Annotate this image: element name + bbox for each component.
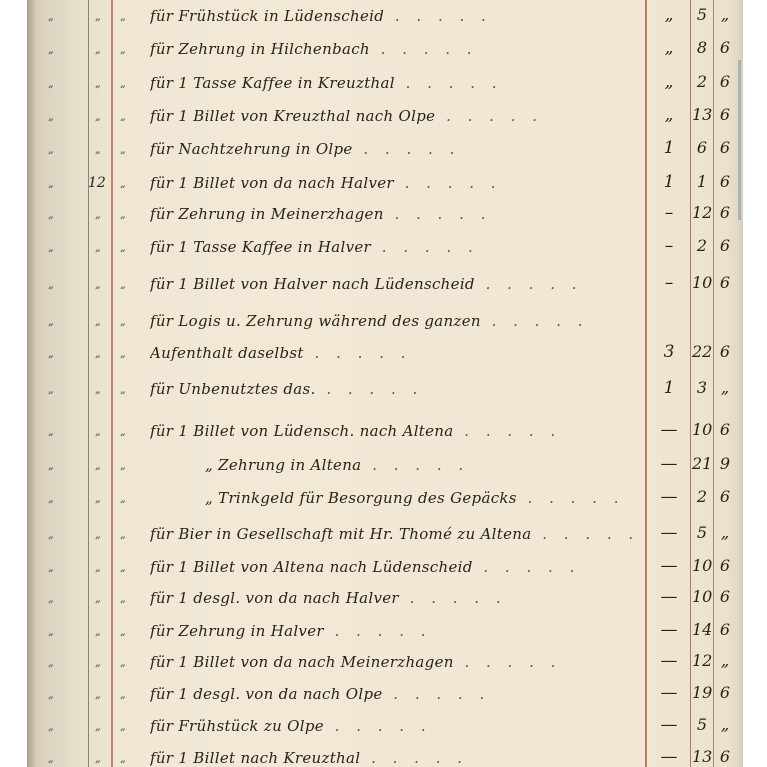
pfennig-amount: 6 (714, 105, 736, 124)
ditto-mark: „ (48, 208, 54, 221)
ditto-mark: „ (120, 528, 126, 541)
ditto-mark: „ (48, 492, 54, 505)
silbergroschen-amount: 13 (692, 747, 712, 766)
ditto-mark: „ (95, 459, 101, 472)
silbergroschen-amount: 8 (692, 38, 712, 57)
ditto-mark: „ (48, 143, 54, 156)
ditto-mark: „ (120, 143, 126, 156)
silbergroschen-amount: 5 (692, 523, 712, 542)
pfennig-amount: 6 (714, 747, 736, 766)
silbergroschen-amount: 2 (692, 72, 712, 91)
silbergroschen-amount: 21 (692, 454, 712, 473)
silbergroschen-amount: 1 (692, 172, 712, 191)
ledger-row: „„„für 1 Tasse Kaffee in Kreuzthal . . .… (0, 69, 767, 99)
ledger-row: „„„für Nachtzehrung in Olpe . . . . .166 (0, 135, 767, 165)
silbergroschen-amount: 3 (692, 378, 712, 397)
thaler-amount: — (652, 747, 686, 767)
ditto-mark: „ (48, 315, 54, 328)
pfennig-amount: 6 (714, 487, 736, 506)
ditto-mark: „ (120, 43, 126, 56)
entry-description: für 1 Billet nach Kreuzthal . . . . . (150, 749, 640, 767)
ditto-mark: „ (48, 688, 54, 701)
ditto-mark: „ (95, 10, 101, 23)
entry-description: „ Trinkgeld für Besorgung des Gepäcks . … (205, 489, 695, 507)
thaler-amount: — (652, 620, 686, 640)
ditto-mark: „ (48, 383, 54, 396)
pfennig-amount: 9 (714, 454, 736, 473)
silbergroschen-amount: 10 (692, 587, 712, 606)
ditto-mark: „ (95, 625, 101, 638)
entry-description: für Bier in Gesellschaft mit Hr. Thomé z… (150, 525, 640, 543)
ditto-mark: „ (95, 43, 101, 56)
entry-description: für Frühstück zu Olpe . . . . . (150, 717, 640, 735)
thaler-amount: 1 (652, 172, 686, 192)
silbergroschen-amount: 2 (692, 487, 712, 506)
entry-description: für Unbenutztes das. . . . . . (150, 380, 640, 398)
silbergroschen-amount: 5 (692, 715, 712, 734)
ditto-mark: „ (48, 656, 54, 669)
ditto-mark: „ (95, 278, 101, 291)
ditto-mark: „ (120, 315, 126, 328)
silbergroschen-amount: 2 (692, 236, 712, 255)
ditto-mark: „ (120, 561, 126, 574)
ditto-mark: „ (48, 592, 54, 605)
ditto-mark: „ (120, 241, 126, 254)
ledger-row: „„„für Unbenutztes das. . . . . .13„ (0, 375, 767, 405)
ditto-mark: „ (120, 278, 126, 291)
ditto-mark: „ (95, 492, 101, 505)
ditto-mark: „ (48, 561, 54, 574)
ditto-mark: „ (95, 241, 101, 254)
ditto-mark: „ (95, 143, 101, 156)
ledger-row: „„„für 1 Billet von Lüdensch. nach Alten… (0, 417, 767, 447)
pfennig-amount: 6 (714, 556, 736, 575)
silbergroschen-amount: 10 (692, 556, 712, 575)
thaler-amount: — (652, 454, 686, 474)
pfennig-amount: 6 (714, 420, 736, 439)
silbergroschen-amount: 19 (692, 683, 712, 702)
ditto-mark: „ (48, 752, 54, 765)
thaler-amount: — (652, 651, 686, 671)
ditto-mark: „ (120, 592, 126, 605)
ditto-mark: „ (48, 528, 54, 541)
ditto-mark: „ (120, 492, 126, 505)
thaler-amount: 1 (652, 378, 686, 398)
pfennig-amount: 6 (714, 203, 736, 222)
pfennig-amount: 6 (714, 273, 736, 292)
ditto-mark: „ (48, 347, 54, 360)
ledger-row: „„„für 1 Billet von Halver nach Lüdensch… (0, 270, 767, 300)
ditto-mark: „ (95, 561, 101, 574)
ditto-mark: „ (95, 592, 101, 605)
entry-description: für 1 Tasse Kaffee in Halver . . . . . (150, 238, 640, 256)
ditto-mark: „ (120, 459, 126, 472)
ditto-mark: „ (120, 383, 126, 396)
pfennig-amount: 6 (714, 138, 736, 157)
pfennig-amount: „ (714, 715, 736, 734)
pfennig-amount: 6 (714, 683, 736, 702)
ledger-row: „„„für 1 Tasse Kaffee in Halver . . . . … (0, 233, 767, 263)
thaler-amount: 1 (652, 138, 686, 158)
ditto-mark: „ (120, 347, 126, 360)
ditto-mark: „ (95, 315, 101, 328)
ditto-mark: „ (95, 656, 101, 669)
entry-description: für Zehrung in Meinerzhagen . . . . . (150, 205, 640, 223)
thaler-amount: – (652, 236, 686, 256)
ditto-mark: „ (120, 752, 126, 765)
ditto-mark: „ (120, 720, 126, 733)
entry-description: für Zehrung in Hilchenbach . . . . . (150, 40, 640, 58)
ledger-row: „„„für 1 Billet nach Kreuzthal . . . . .… (0, 744, 767, 767)
ditto-mark: „ (48, 10, 54, 23)
ditto-mark: „ (120, 10, 126, 23)
ditto-mark: „ (120, 656, 126, 669)
ditto-mark: „ (120, 208, 126, 221)
ledger-row: „„„für 1 Billet von da nach Meinerzhagen… (0, 648, 767, 678)
entry-description: „ Zehrung in Altena . . . . . (205, 456, 695, 474)
silbergroschen-amount: 13 (692, 105, 712, 124)
ledger-row: „„„„ Zehrung in Altena . . . . .—219 (0, 451, 767, 481)
pfennig-amount: 6 (714, 587, 736, 606)
thaler-amount: „ (652, 38, 686, 58)
thaler-amount: — (652, 556, 686, 576)
silbergroschen-amount: 14 (692, 620, 712, 639)
silbergroschen-amount: 12 (692, 203, 712, 222)
ditto-mark: „ (48, 77, 54, 90)
ledger-row: „„„für Bier in Gesellschaft mit Hr. Thom… (0, 520, 767, 550)
ditto-mark: „ (48, 241, 54, 254)
entry-description: für 1 Tasse Kaffee in Kreuzthal . . . . … (150, 74, 640, 92)
ditto-mark: „ (120, 425, 126, 438)
entry-description: für 1 Billet von da nach Meinerzhagen . … (150, 653, 640, 671)
pfennig-amount: 6 (714, 72, 736, 91)
thaler-amount: — (652, 523, 686, 543)
ledger-row: „„„für Frühstück zu Olpe . . . . .—5„ (0, 712, 767, 742)
ledger-row: „„„für Zehrung in Halver . . . . .—146 (0, 617, 767, 647)
pfennig-amount: „ (714, 523, 736, 542)
silbergroschen-amount: 10 (692, 420, 712, 439)
ditto-mark: „ (120, 177, 126, 190)
ditto-mark: „ (120, 110, 126, 123)
thaler-amount: „ (652, 5, 686, 25)
thaler-amount: „ (652, 105, 686, 125)
ditto-mark: „ (95, 425, 101, 438)
ledger-row: „„„für Zehrung in Hilchenbach . . . . .„… (0, 35, 767, 65)
ditto-mark: „ (48, 459, 54, 472)
pfennig-amount: 6 (714, 342, 736, 361)
entry-description: für 1 Billet von Kreuzthal nach Olpe . .… (150, 107, 640, 125)
ledger-row: „„„Aufenthalt daselbst . . . . .3226 (0, 339, 767, 369)
ledger-row: „„„für 1 Billet von Kreuzthal nach Olpe … (0, 102, 767, 132)
ditto-mark: „ (95, 383, 101, 396)
ditto-mark: „ (120, 625, 126, 638)
day-number: 12 (88, 175, 106, 191)
ledger-row: „„„für Logis u. Zehrung während des ganz… (0, 307, 767, 337)
thaler-amount: — (652, 715, 686, 735)
ditto-mark: „ (48, 43, 54, 56)
ditto-mark: „ (48, 110, 54, 123)
ledger-row: „„„für 1 Billet von Altena nach Lüdensch… (0, 553, 767, 583)
ditto-mark: „ (48, 720, 54, 733)
ditto-mark: „ (48, 625, 54, 638)
ditto-mark: „ (120, 688, 126, 701)
entry-description: für 1 Billet von da nach Halver . . . . … (150, 174, 640, 192)
silbergroschen-amount: 10 (692, 273, 712, 292)
entry-description: Aufenthalt daselbst . . . . . (150, 344, 640, 362)
entry-description: für 1 Billet von Altena nach Lüdenscheid… (150, 558, 640, 576)
ditto-mark: „ (48, 177, 54, 190)
pfennig-amount: „ (714, 378, 736, 397)
thaler-amount: — (652, 487, 686, 507)
thaler-amount: — (652, 587, 686, 607)
ditto-mark: „ (95, 208, 101, 221)
entry-description: für Logis u. Zehrung während des ganzen … (150, 312, 640, 330)
silbergroschen-amount: 6 (692, 138, 712, 157)
ditto-mark: „ (95, 77, 101, 90)
pfennig-amount: 6 (714, 236, 736, 255)
entry-description: für Nachtzehrung in Olpe . . . . . (150, 140, 640, 158)
pfennig-amount: „ (714, 5, 736, 24)
pfennig-amount: 6 (714, 172, 736, 191)
ditto-mark: „ (120, 77, 126, 90)
silbergroschen-amount: 5 (692, 5, 712, 24)
pfennig-amount: 6 (714, 38, 736, 57)
pfennig-amount: 6 (714, 620, 736, 639)
ledger-row: „„„für 1 desgl. von da nach Olpe . . . .… (0, 680, 767, 710)
silbergroschen-amount: 22 (692, 342, 712, 361)
entry-description: für 1 Billet von Halver nach Lüdenscheid… (150, 275, 640, 293)
ditto-mark: „ (95, 688, 101, 701)
ditto-mark: „ (95, 720, 101, 733)
thaler-amount: – (652, 203, 686, 223)
entry-description: für 1 Billet von Lüdensch. nach Altena .… (150, 422, 640, 440)
entry-description: für 1 desgl. von da nach Olpe . . . . . (150, 685, 640, 703)
thaler-amount: – (652, 273, 686, 293)
thaler-amount: 3 (652, 342, 686, 362)
entry-description: für Frühstück in Lüdenscheid . . . . . (150, 7, 640, 25)
ledger-row: „„„„ Trinkgeld für Besorgung des Gepäcks… (0, 484, 767, 514)
ditto-mark: „ (95, 528, 101, 541)
ditto-mark: „ (48, 425, 54, 438)
ditto-mark: „ (95, 347, 101, 360)
entry-description: für Zehrung in Halver . . . . . (150, 622, 640, 640)
silbergroschen-amount: 12 (692, 651, 712, 670)
thaler-amount: „ (652, 72, 686, 92)
entry-description: für 1 desgl. von da nach Halver . . . . … (150, 589, 640, 607)
ledger-row: „„„für Frühstück in Lüdenscheid . . . . … (0, 2, 767, 32)
ditto-mark: „ (95, 752, 101, 765)
ledger-row: „12„für 1 Billet von da nach Halver . . … (0, 169, 767, 199)
thaler-amount: — (652, 683, 686, 703)
ditto-mark: „ (95, 110, 101, 123)
thaler-amount: — (652, 420, 686, 440)
ledger-row: „„„für Zehrung in Meinerzhagen . . . . .… (0, 200, 767, 230)
ledger-row: „„„für 1 desgl. von da nach Halver . . .… (0, 584, 767, 614)
pfennig-amount: „ (714, 651, 736, 670)
ditto-mark: „ (48, 278, 54, 291)
